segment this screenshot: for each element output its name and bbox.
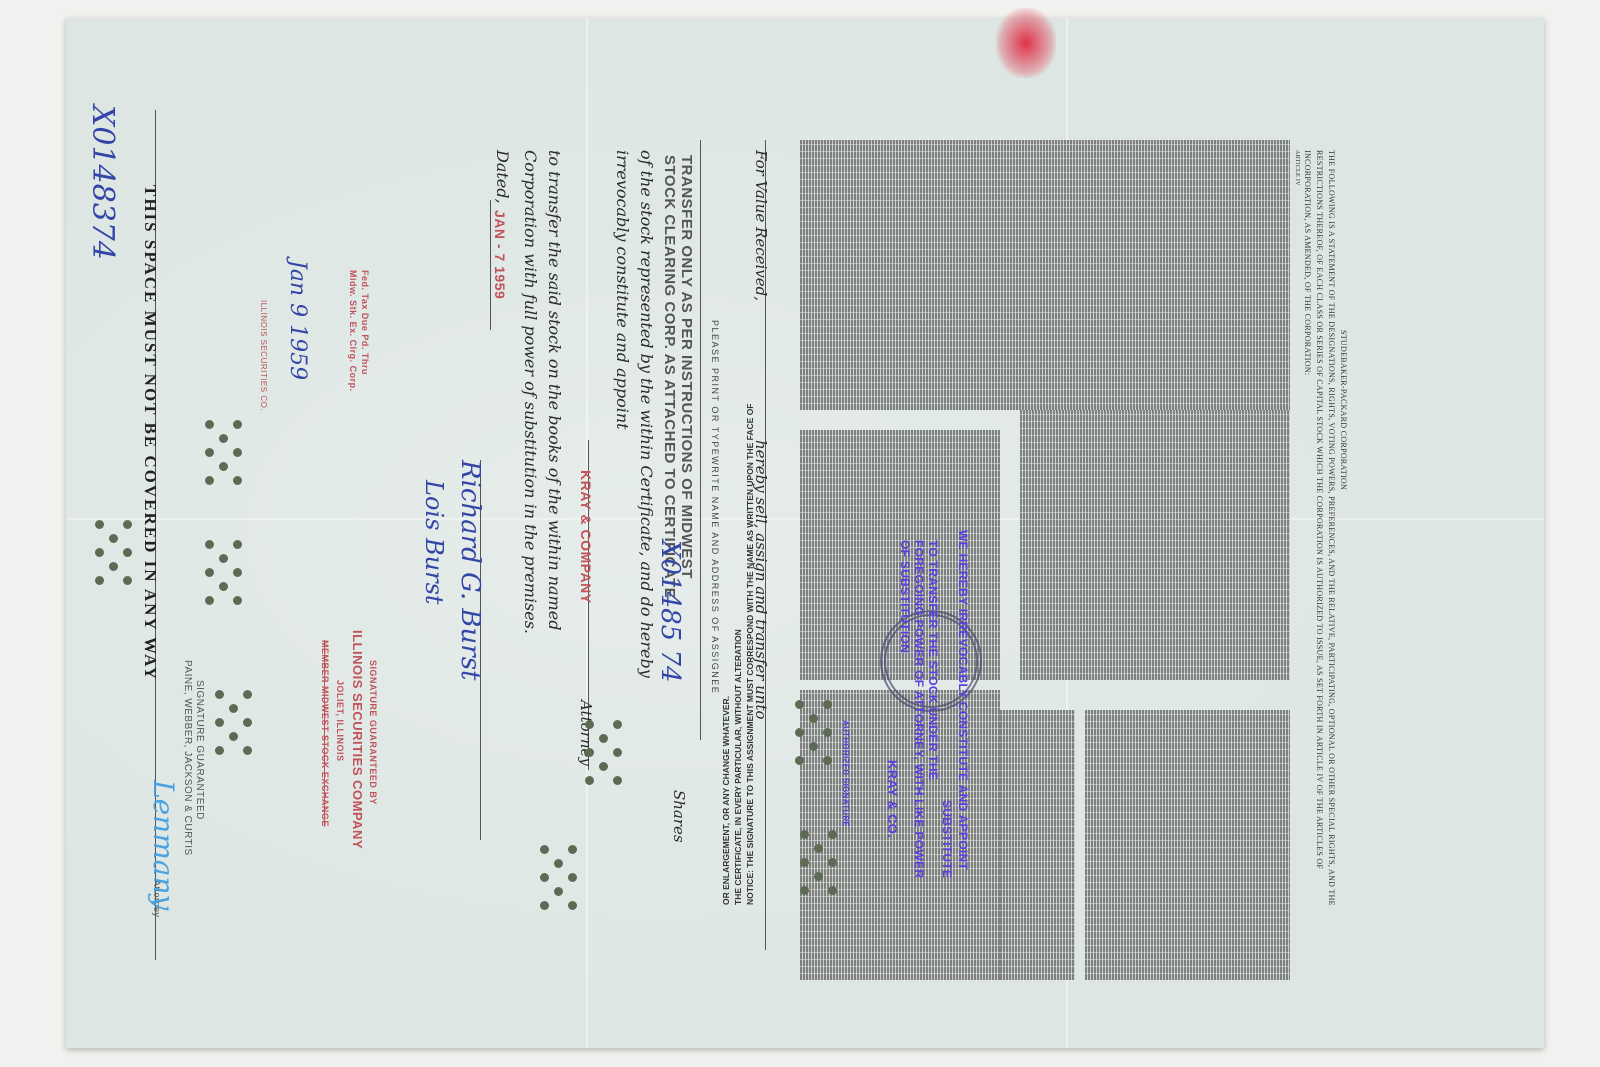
perforation-hole	[229, 732, 238, 741]
perforation-hole	[828, 858, 837, 867]
perforation-hole	[540, 845, 549, 854]
margin-handwritten-number: X0148374	[85, 105, 120, 260]
corporation-name: STUDEBAKER-PACKARD CORPORATION	[1339, 330, 1348, 490]
perforation-hole	[554, 887, 563, 896]
perforation-hole	[800, 886, 809, 895]
perforation-hole	[800, 830, 809, 839]
perforation-hole	[109, 534, 118, 543]
attorney-stamp: KRAY & COMPANY	[578, 470, 594, 604]
substitution-line-5: OF SUBSTITUTION	[898, 540, 912, 653]
perforation-hole	[828, 886, 837, 895]
perforation-hole	[233, 568, 242, 577]
perforation-hole	[585, 748, 594, 757]
substitution-line-3: TO TRANSFER THE STOCK UNDER THE	[926, 540, 940, 780]
substitution-line-1: WE HEREBY IRREVOCABLY CONSTITUTE AND APP…	[956, 530, 970, 870]
perforation-hole	[215, 690, 224, 699]
perforation-hole	[795, 756, 804, 765]
attorney-signature: Lenmany	[147, 780, 180, 910]
articles-text-block	[800, 140, 1290, 410]
perforation-hole	[219, 554, 228, 563]
perforation-hole	[233, 540, 242, 549]
red-ink-mark	[996, 8, 1056, 78]
perforation-hole	[828, 830, 837, 839]
perforation-hole	[233, 448, 242, 457]
perforation-hole	[800, 858, 809, 867]
perforation-hole	[205, 476, 214, 485]
perforation-hole	[540, 901, 549, 910]
fed-tax-line-1: Fed. Tax Due Pd. Thru	[360, 270, 370, 375]
irrevocably-text: irrevocably constitute and appoint	[613, 150, 632, 430]
perforation-hole	[233, 420, 242, 429]
for-value-received: For Value Received,	[752, 150, 770, 301]
articles-text-block	[1000, 710, 1075, 980]
perforation-hole	[219, 462, 228, 471]
of-the-stock-text: of the stock represented by the within C…	[637, 150, 656, 678]
print-instruction: PLEASE PRINT OR TYPEWRITE NAME AND ADDRE…	[710, 320, 720, 694]
handwritten-date: Jan 9 1959	[285, 260, 310, 380]
perforation-hole	[613, 748, 622, 757]
notice-line-2: THE CERTIFICATE, IN EVERY PARTICULAR, WI…	[733, 629, 743, 905]
substitution-line-4: FOREGOING POWER OF ATTORNEY, WITH LIKE P…	[912, 540, 926, 878]
perforation-hole	[585, 720, 594, 729]
perforation-hole	[95, 576, 104, 585]
perforation-hole	[205, 420, 214, 429]
transfer-stamp-line-1: TRANSFER ONLY AS PER INSTRUCTIONS OF MID…	[678, 155, 695, 579]
substitution-line-2: SUBSTITUTE	[940, 800, 954, 878]
perforation-hole	[233, 596, 242, 605]
perforation-hole	[219, 582, 228, 591]
articles-text-block	[1085, 710, 1290, 980]
pw-signature-guaranteed: SIGNATURE GUARANTEED	[194, 680, 205, 820]
perforation-hole	[95, 548, 104, 557]
perforation-hole	[809, 714, 818, 723]
perforation-hole	[814, 872, 823, 881]
sig-guaranteed-by: SIGNATURE GUARANTEED BY	[368, 660, 378, 805]
perforation-hole	[568, 845, 577, 854]
corporation-line-text: Corporation with full power of substitut…	[521, 150, 540, 634]
perforation-hole	[613, 720, 622, 729]
perforation-hole	[568, 873, 577, 882]
perforation-hole	[123, 520, 132, 529]
perforation-hole	[823, 728, 832, 737]
perforation-hole	[599, 762, 608, 771]
notice-line-3: OR ENLARGEMENT, OR ANY CHANGE WHATEVER.	[721, 696, 731, 905]
perforation-hole	[243, 746, 252, 755]
perforation-hole	[205, 448, 214, 457]
perforation-hole	[109, 562, 118, 571]
perforation-hole	[613, 776, 622, 785]
perforation-hole	[568, 901, 577, 910]
perforation-hole	[599, 734, 608, 743]
perforation-hole	[229, 704, 238, 713]
perforation-hole	[243, 690, 252, 699]
perforation-hole	[554, 859, 563, 868]
article-label: ARTICLE IV	[1294, 150, 1300, 186]
dated-label: Dated,	[493, 150, 512, 204]
perforation-hole	[205, 540, 214, 549]
perforation-hole	[205, 568, 214, 577]
perforation-hole	[243, 718, 252, 727]
perforation-hole	[795, 728, 804, 737]
perforation-hole	[814, 844, 823, 853]
member-exchange: MEMBER MIDWEST STOCK EXCHANGE	[320, 640, 330, 827]
perforation-hole	[95, 520, 104, 529]
statement-line-2: RESTRICTIONS THEREOF, OF EACH CLASS OR S…	[1315, 150, 1324, 869]
perforation-hole	[823, 700, 832, 709]
transfer-stamp-line-2: STOCK CLEARING CORP. AS ATTACHED TO CERT…	[661, 155, 678, 598]
illinois-securities-co: ILLINOIS SECURITIES CO.	[259, 300, 268, 411]
articles-text-block	[1020, 410, 1290, 680]
statement-line-3: INCORPORATION, AS AMENDED, OF THE CORPOR…	[1303, 150, 1312, 375]
fed-tax-line-2: Midw. Stk. Ex. Clrg. Corp.	[348, 270, 358, 392]
margin-warning: THIS SPACE MUST NOT BE COVERED IN ANY WA…	[140, 185, 160, 681]
perforation-hole	[233, 476, 242, 485]
perforation-hole	[123, 548, 132, 557]
perforation-hole	[585, 776, 594, 785]
assignee-line	[700, 140, 701, 740]
authorized-signature-label: AUTHORIZED SIGNATURE	[841, 720, 850, 827]
perforation-hole	[795, 700, 804, 709]
joliet-illinois: JOLIET, ILLINOIS	[335, 680, 345, 762]
kray-co-stamp: KRAY & CO.	[885, 760, 900, 838]
statement-header: THE FOLLOWING IS A STATEMENT OF THE DESI…	[1327, 150, 1336, 906]
date-line	[490, 200, 491, 330]
perforation-hole	[809, 742, 818, 751]
signature-lois: Lois Burst	[420, 480, 448, 605]
notice-line-1: NOTICE: THE SIGNATURE TO THIS ASSIGNMENT…	[745, 403, 755, 905]
illinois-securities-company: ILLINOIS SECURITIES COMPANY	[350, 630, 365, 849]
perforation-hole	[219, 434, 228, 443]
paine-webber: PAINE, WEBBER, JACKSON & CURTIS	[182, 660, 193, 856]
to-transfer-text: to transfer the said stock on the books …	[545, 150, 564, 630]
perforation-hole	[123, 576, 132, 585]
perforation-hole	[215, 746, 224, 755]
perforation-hole	[205, 596, 214, 605]
shares-label: Shares	[670, 790, 688, 843]
signature-richard: Richard G. Burst	[455, 460, 485, 680]
perforation-hole	[215, 718, 224, 727]
dated-value: JAN - 7 1959	[492, 210, 508, 299]
perforation-hole	[540, 873, 549, 882]
handwritten-cert-number: X01485 74	[655, 540, 685, 683]
perforation-hole	[823, 756, 832, 765]
